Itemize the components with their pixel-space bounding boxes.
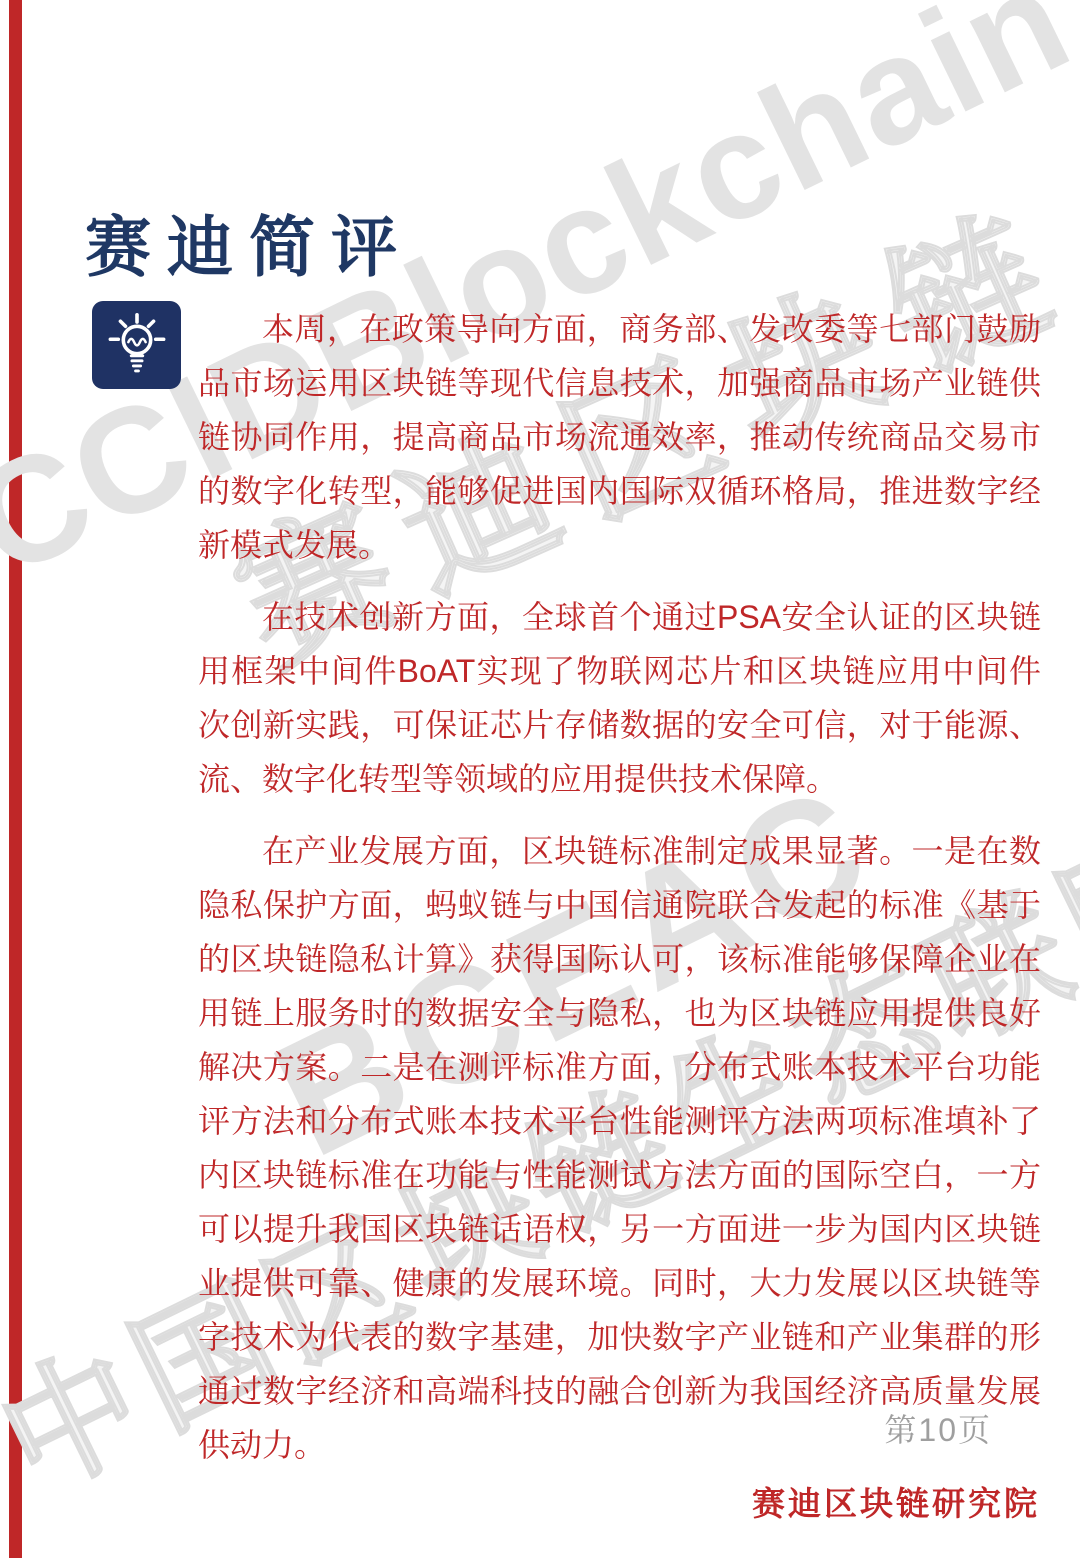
paragraph-line: 评方法和分布式账本技术平台性能测评方法两项标准填补了国 [198, 1094, 1041, 1148]
paragraph-line: 字技术为代表的数字基建，加快数字产业链和产业集群的形成， [198, 1310, 1041, 1364]
paragraph-line: 用框架中间件BoAT实现了物联网芯片和区块链应用中间件的首 [198, 644, 1041, 698]
page: CCIDBlockchain 赛迪区块链 BCEAC 中国区块链生态联盟 赛迪简… [0, 0, 1080, 1558]
body-paragraph-1: 本周，在政策导向方面，商务部、发改委等七部门鼓励商品市场运用区块链等现代信息技术… [198, 302, 1041, 572]
page-title: 赛迪简评 [85, 202, 413, 292]
paragraph-line: 解决方案。二是在测评标准方面，分布式账本技术平台功能测 [198, 1040, 1041, 1094]
footer-signature: 赛迪区块链研究院 [752, 1478, 1040, 1525]
page-number: 第10页 [884, 1405, 992, 1451]
paragraph-line: 隐私保护方面，蚂蚁链与中国信通院联合发起的标准《基于TEE [198, 878, 1041, 932]
lightbulb-glyph [101, 309, 173, 381]
paragraph-line: 新模式发展。 [198, 518, 1041, 572]
paragraph-line: 流、数字化转型等领域的应用提供技术保障。 [198, 752, 1041, 806]
paragraph-line: 的数字化转型，能够促进国内国际双循环格局，推进数字经济 [198, 464, 1041, 518]
paragraph-line: 在技术创新方面，全球首个通过PSA安全认证的区块链应 [198, 590, 1041, 644]
paragraph-line: 在产业发展方面，区块链标准制定成果显著。一是在数据 [198, 824, 1041, 878]
paragraph-line: 链协同作用，提高商品市场流通效率，推动传统商品交易市场 [198, 410, 1041, 464]
paragraph-line: 内区块链标准在功能与性能测试方法方面的国际空白，一方面 [198, 1148, 1041, 1202]
commentary-body: 本周，在政策导向方面，商务部、发改委等七部门鼓励商品市场运用区块链等现代信息技术… [198, 302, 1041, 1490]
paragraph-line: 次创新实践，可保证芯片存储数据的安全可信，对于能源、物 [198, 698, 1041, 752]
paragraph-line: 品市场运用区块链等现代信息技术，加强商品市场产业链供应 [198, 356, 1041, 410]
lightbulb-icon [92, 301, 181, 389]
body-paragraph-2: 在技术创新方面，全球首个通过PSA安全认证的区块链应用框架中间件BoAT实现了物… [198, 590, 1041, 806]
paragraph-line: 本周，在政策导向方面，商务部、发改委等七部门鼓励商 [198, 302, 1041, 356]
paragraph-line: 可以提升我国区块链话语权，另一方面进一步为国内区块链产 [198, 1202, 1041, 1256]
paragraph-line: 的区块链隐私计算》获得国际认可，该标准能够保障企业在应 [198, 932, 1041, 986]
paragraph-line: 业提供可靠、健康的发展环境。同时，大力发展以区块链等数 [198, 1256, 1041, 1310]
left-accent-bar [9, 0, 22, 1558]
body-paragraph-3: 在产业发展方面，区块链标准制定成果显著。一是在数据隐私保护方面，蚂蚁链与中国信通… [198, 824, 1041, 1472]
paragraph-line: 用链上服务时的数据安全与隐私，也为区块链应用提供良好的 [198, 986, 1041, 1040]
